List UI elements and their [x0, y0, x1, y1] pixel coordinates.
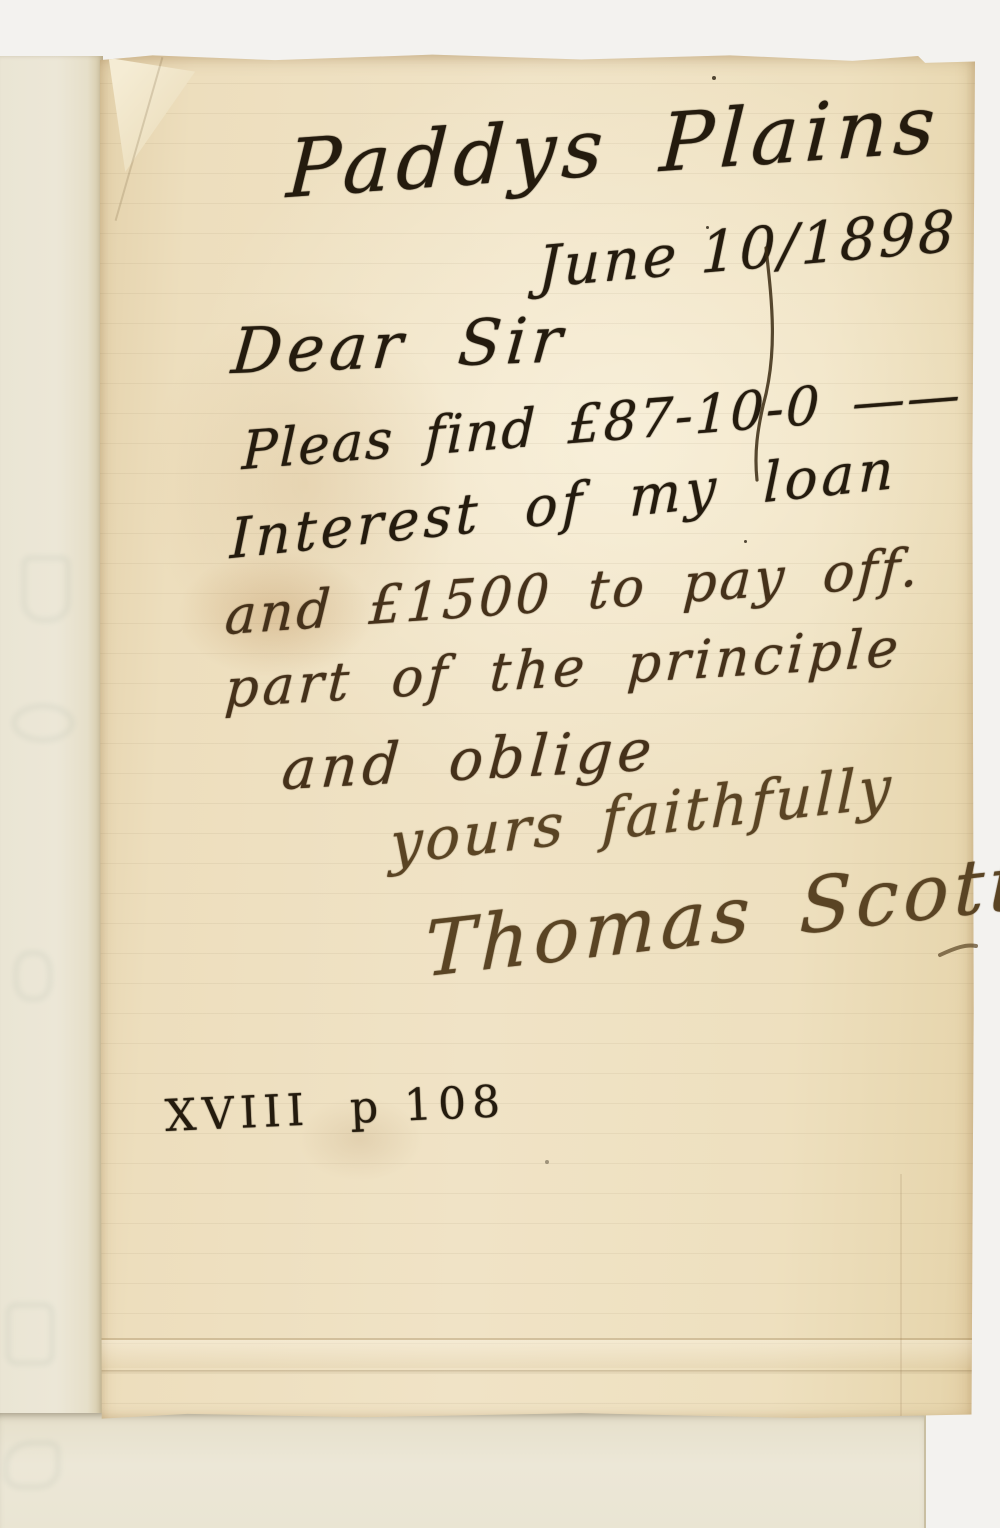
- paper-speck: [706, 226, 709, 229]
- paper-speck: [545, 1160, 549, 1164]
- ghost-bleedthrough-mark: [22, 556, 70, 622]
- letter-line-salutation: Dear Sir: [229, 308, 569, 383]
- fold-crease: [100, 1370, 975, 1373]
- fold-crease: [900, 1174, 902, 1420]
- paper-speck: [712, 76, 716, 80]
- scanned-letter-canvas: Paddys Plains June 10/1898 Dear Sir Plea…: [0, 0, 1000, 1528]
- ghost-bleedthrough-mark: [12, 704, 74, 742]
- fold-crease: [100, 1340, 975, 1368]
- paper-speck: [744, 540, 747, 543]
- underlying-page-bottom: [0, 1413, 926, 1528]
- ghost-bleedthrough-mark: [14, 951, 52, 1001]
- ghost-bleedthrough-mark: [6, 1303, 54, 1365]
- ghost-bleedthrough-mark: [4, 1441, 60, 1489]
